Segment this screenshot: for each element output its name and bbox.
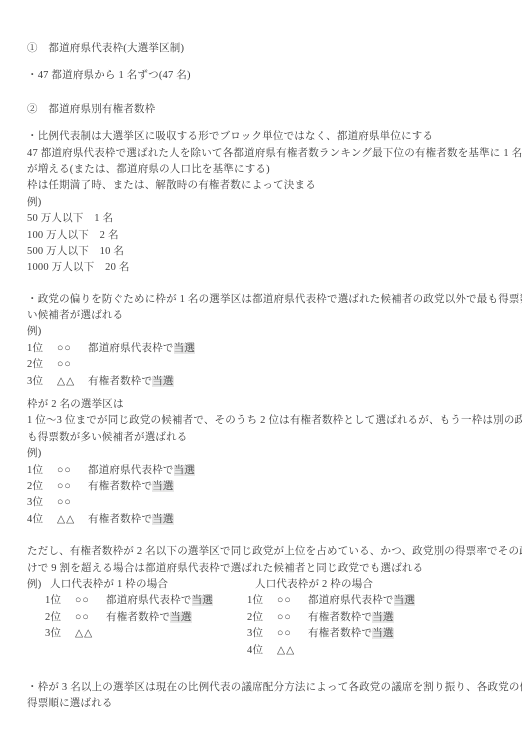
candidate-symbol: ○○ xyxy=(277,626,308,642)
candidate-symbol: ○○ xyxy=(277,593,308,609)
rank-label: 1位 xyxy=(247,593,277,609)
rank-label: 1位 xyxy=(27,341,57,357)
result-text: 有権者数枠で xyxy=(88,481,152,492)
example-two-column: 例)人口代表枠が 1 枠の場合 1位○○都道府県代表枠で当選 2位○○有権者数枠… xyxy=(27,577,498,659)
rank-label: 2位 xyxy=(45,610,75,626)
result-text: 都道府県代表枠で xyxy=(308,595,394,606)
para-voter-count-rule: ・比例代表制は大選挙区に吸収する形でブロック単位ではなく、都道府県単位にする 4… xyxy=(27,129,498,277)
rank-label: 1位 xyxy=(27,463,57,479)
candidate-symbol: △△ xyxy=(57,512,88,528)
candidate-symbol: △△ xyxy=(75,626,106,642)
section1-bullet: ・47 都道府県から 1 名ずつ(47 名) xyxy=(27,68,498,84)
example-label: 例) xyxy=(27,195,498,211)
section2-heading: ② 都道府県別有権者数枠 xyxy=(27,102,498,118)
result-text: 都道府県代表枠で xyxy=(88,343,174,354)
candidate-symbol: ○○ xyxy=(57,479,88,495)
rank-line: 3位△△ xyxy=(27,626,247,642)
rank-label: 4位 xyxy=(27,512,57,528)
para-line: が増える(または、都道府県の人口比を基準にする) xyxy=(27,162,498,178)
rank-line: 3位○○ xyxy=(27,495,498,511)
para-same-party-exception: ただし、有権者数枠が 2 名以下の選挙区で同じ政党が上位を占めている、かつ、政党… xyxy=(27,544,498,659)
candidate-symbol: ○○ xyxy=(277,610,308,626)
para-line: けで 9 割を超える場合は都道府県代表枠で選ばれた候補者と同じ政党でも選ばれる xyxy=(27,561,498,577)
rank-label: 2位 xyxy=(247,610,277,626)
column-header-text: 人口代表枠が 2 枠の場合 xyxy=(255,579,373,590)
candidate-symbol: ○○ xyxy=(75,610,106,626)
result-text: 有権者数枠で xyxy=(88,376,152,387)
para-line: も得票数が多い候補者が選ばれる xyxy=(27,430,498,446)
candidate-symbol: △△ xyxy=(277,643,308,659)
result-text: 有権者数枠で xyxy=(308,612,372,623)
document-content: ① 都道府県代表枠(大選挙区制) ・47 都道府県から 1 名ずつ(47 名) … xyxy=(0,0,522,713)
winner-highlight: 当選 xyxy=(372,628,393,639)
document-page: ① 都道府県代表枠(大選挙区制) ・47 都道府県から 1 名ずつ(47 名) … xyxy=(0,0,522,748)
candidate-symbol: ○○ xyxy=(57,357,88,373)
winner-highlight: 当選 xyxy=(152,376,173,387)
rank-line: 2位○○ xyxy=(27,357,498,373)
rank-line: 1位○○都道府県代表枠で当選 xyxy=(27,463,498,479)
winner-highlight: 当選 xyxy=(152,481,173,492)
result-text: 都道府県代表枠で xyxy=(88,465,174,476)
rank-label: 3位 xyxy=(45,626,75,642)
candidate-symbol: △△ xyxy=(57,374,88,390)
rank-label: 1位 xyxy=(45,593,75,609)
section1-heading: ① 都道府県代表枠(大選挙区制) xyxy=(27,41,498,57)
rank-line: 3位○○有権者数枠で当選 xyxy=(247,626,497,642)
para-line: ・比例代表制は大選挙区に吸収する形でブロック単位ではなく、都道府県単位にする xyxy=(27,129,498,145)
para-line: ・枠が 3 名以上の選挙区は現在の比例代表の議席配分方法によって各政党の議席を割… xyxy=(27,680,498,696)
winner-highlight: 当選 xyxy=(372,612,393,623)
para-line: い候補者が選ばれる xyxy=(27,308,498,324)
para-line: ただし、有権者数枠が 2 名以下の選挙区で同じ政党が上位を占めている、かつ、政党… xyxy=(27,544,498,560)
winner-highlight: 当選 xyxy=(192,595,213,606)
result-text: 有権者数枠で xyxy=(106,612,170,623)
rank-label: 2位 xyxy=(27,357,57,373)
column-header-text: 人口代表枠が 1 枠の場合 xyxy=(50,579,168,590)
result-text: 有権者数枠で xyxy=(308,628,372,639)
example-label: 例) xyxy=(27,446,498,462)
rank-line: 4位△△ xyxy=(247,643,497,659)
population-tier: 500 万人以下 10 名 xyxy=(27,244,498,260)
example-column-two-seats: 人口代表枠が 2 枠の場合 1位○○都道府県代表枠で当選 2位○○有権者数枠で当… xyxy=(247,577,497,659)
candidate-symbol: ○○ xyxy=(75,593,106,609)
population-tier: 100 万人以下 2 名 xyxy=(27,228,498,244)
para-line: ・政党の偏りを防ぐために枠が 1 名の選挙区は都道府県代表枠で選ばれた候補者の政… xyxy=(27,292,498,308)
rank-line: 2位○○有権者数枠で当選 xyxy=(247,610,497,626)
rank-label: 4位 xyxy=(247,643,277,659)
para-line: 47 都道府県代表枠で選ばれた人を除いて各都道府県有権者数ランキング最下位の有権… xyxy=(27,146,498,162)
rank-label: 3位 xyxy=(27,495,57,511)
para-line: 枠が 2 名の選挙区は xyxy=(27,397,498,413)
example-header: 例)人口代表枠が 1 枠の場合 xyxy=(27,577,247,593)
population-tier: 50 万人以下 1 名 xyxy=(27,211,498,227)
rank-label: 2位 xyxy=(27,479,57,495)
para-line: 枠は任期満了時、または、解散時の有権者数によって決まる xyxy=(27,178,498,194)
para-one-seat-rule: ・政党の偏りを防ぐために枠が 1 名の選挙区は都道府県代表枠で選ばれた候補者の政… xyxy=(27,292,498,390)
winner-highlight: 当選 xyxy=(152,514,173,525)
rank-label: 3位 xyxy=(247,626,277,642)
rank-line: 2位○○有権者数枠で当選 xyxy=(27,479,498,495)
rank-line: 4位△△有権者数枠で当選 xyxy=(27,512,498,528)
rank-line: 3位△△有権者数枠で当選 xyxy=(27,374,498,390)
example-label: 例) xyxy=(27,577,50,593)
para-line: 得票順に選ばれる xyxy=(27,696,498,712)
candidate-symbol: ○○ xyxy=(57,463,88,479)
example-header: 人口代表枠が 2 枠の場合 xyxy=(247,577,497,593)
winner-highlight: 当選 xyxy=(174,343,195,354)
rank-line: 1位○○都道府県代表枠で当選 xyxy=(27,341,498,357)
rank-label: 3位 xyxy=(27,374,57,390)
rank-line: 1位○○都道府県代表枠で当選 xyxy=(247,593,497,609)
winner-highlight: 当選 xyxy=(174,465,195,476)
result-text: 都道府県代表枠で xyxy=(106,595,192,606)
candidate-symbol: ○○ xyxy=(57,495,88,511)
candidate-symbol: ○○ xyxy=(57,341,88,357)
para-two-seat-rule: 枠が 2 名の選挙区は 1 位〜3 位までが同じ政党の候補者で、そのうち 2 位… xyxy=(27,397,498,528)
para-line: 1 位〜3 位までが同じ政党の候補者で、そのうち 2 位は有権者数枠として選ばれ… xyxy=(27,413,498,429)
example-column-one-seat: 例)人口代表枠が 1 枠の場合 1位○○都道府県代表枠で当選 2位○○有権者数枠… xyxy=(27,577,247,659)
example-label: 例) xyxy=(27,324,498,340)
rank-line: 2位○○有権者数枠で当選 xyxy=(27,610,247,626)
para-three-seat-rule: ・枠が 3 名以上の選挙区は現在の比例代表の議席配分方法によって各政党の議席を割… xyxy=(27,680,498,713)
winner-highlight: 当選 xyxy=(170,612,191,623)
result-text: 有権者数枠で xyxy=(88,514,152,525)
rank-line: 1位○○都道府県代表枠で当選 xyxy=(27,593,247,609)
winner-highlight: 当選 xyxy=(394,595,415,606)
population-tier: 1000 万人以下 20 名 xyxy=(27,260,498,276)
